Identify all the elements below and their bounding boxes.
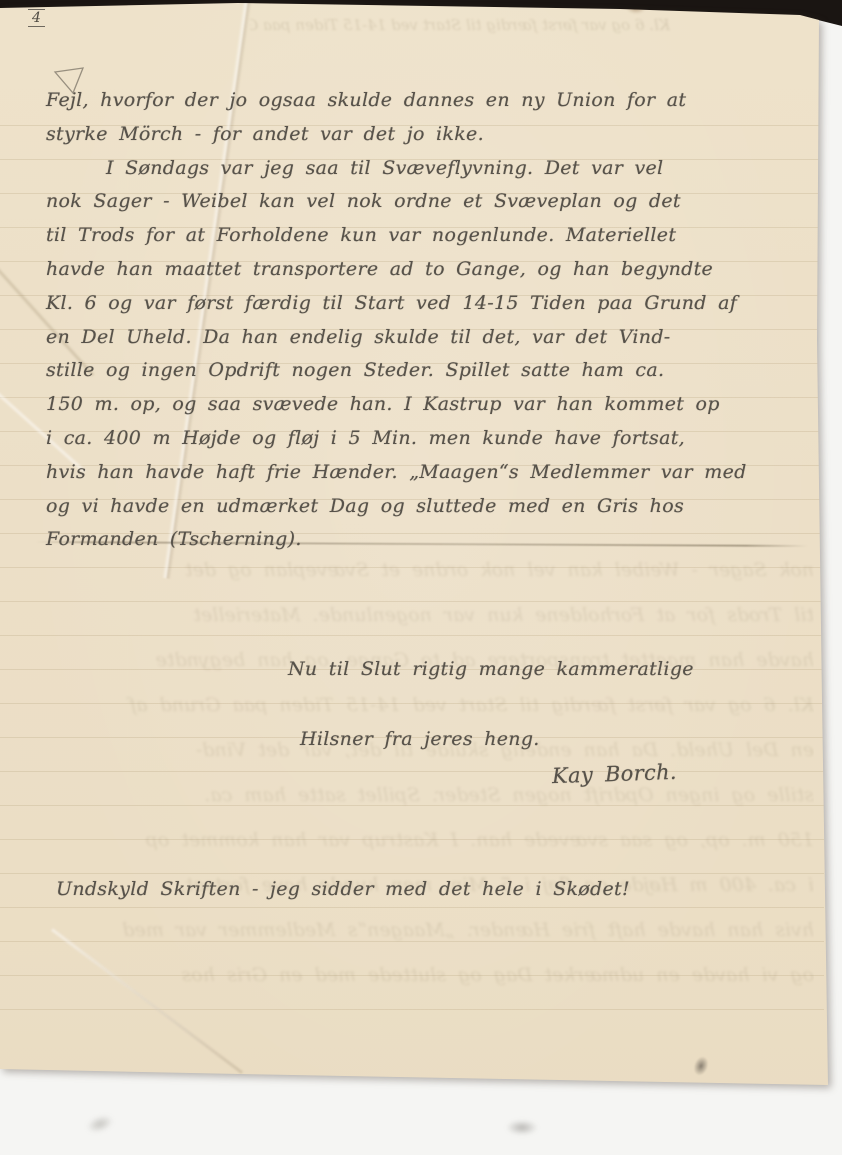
handwritten-line: Formanden (Tscherning). xyxy=(46,523,832,557)
handwritten-line: styrke Mörch - for andet var det jo ikke… xyxy=(46,118,832,152)
handwritten-line: og vi havde en udmærket Dag og sluttede … xyxy=(46,490,832,524)
bleed-through-line: og vi havde en udmærket Dag og sluttede … xyxy=(22,953,814,998)
handwritten-line: stille og ingen Opdrift nogen Steder. Sp… xyxy=(46,354,832,388)
bleed-through-line: stille og ingen Opdrift nogen Steder. Sp… xyxy=(22,773,814,818)
bleed-through-writing: nok Sager - Weibel kan vel nok ordne et … xyxy=(22,548,814,1016)
stain-mark xyxy=(626,1,646,14)
paper-crease-bottom-left xyxy=(51,928,243,1074)
closing-line: Nu til Slut rigtig mange kammeratlige xyxy=(288,658,694,680)
bleed-through-line: til Trods for at Forholdene kun var noge… xyxy=(22,593,814,638)
handwritten-line: Fejl, hvorfor der jo ogsaa skulde dannes… xyxy=(46,84,832,118)
handwritten-line: 150 m. op, og saa svævede han. I Kastrup… xyxy=(46,388,832,422)
bleed-through-line: 150 m. op, og saa svævede han. I Kastrup… xyxy=(22,818,814,863)
handwritten-line: i ca. 400 m Højde og fløj i 5 Min. men k… xyxy=(46,422,832,456)
bleed-through-line: hvis han havde haft frie Hænder. „Maagen… xyxy=(22,908,814,953)
signature: Kay Borch. xyxy=(552,760,678,788)
handwritten-line: I Søndags var jeg saa til Svæveflyvning.… xyxy=(46,152,832,186)
postscript-line: Undskyld Skriften - jeg sidder med det h… xyxy=(56,878,630,900)
handwritten-line: en Del Uheld. Da han endelig skulde til … xyxy=(46,321,832,355)
bleed-through-top: Kl. 6 og var først færdig til Start ved … xyxy=(250,16,670,44)
letter-body: Fejl, hvorfor der jo ogsaa skulde dannes… xyxy=(46,84,832,557)
paper-shadow-wrap: 4 Kl. 6 og var først færdig til Start ve… xyxy=(0,0,842,1155)
handwritten-line: til Trods for at Forholdene kun var noge… xyxy=(46,219,832,253)
handwritten-line: hvis han havde haft frie Hænder. „Maagen… xyxy=(46,456,832,490)
scanned-letter-page: 4 Kl. 6 og var først færdig til Start ve… xyxy=(0,0,842,1155)
letter-paper: 4 Kl. 6 og var først færdig til Start ve… xyxy=(0,0,842,1155)
handwritten-line: nok Sager - Weibel kan vel nok ordne et … xyxy=(46,185,832,219)
page-number: 4 xyxy=(28,9,45,27)
handwritten-line: Kl. 6 og var først færdig til Start ved … xyxy=(46,287,832,321)
handwritten-line: havde han maattet transportere ad to Gan… xyxy=(46,253,832,287)
bleed-through-line: Kl. 6 og var først færdig til Start ved … xyxy=(22,683,814,728)
smudge-mark xyxy=(691,1054,711,1078)
valediction-line: Hilsner fra jeres heng. xyxy=(300,728,540,750)
